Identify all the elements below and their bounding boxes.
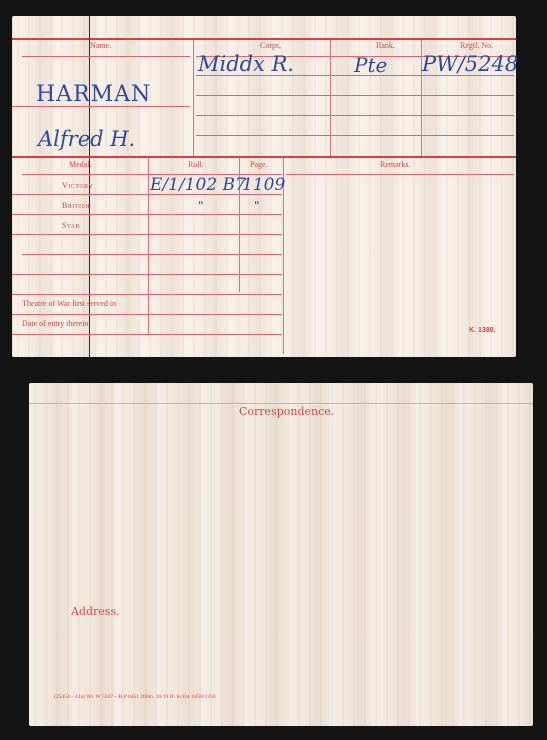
col-divider [330, 40, 331, 156]
header-medal: Medal. [69, 160, 91, 169]
rule [22, 254, 282, 255]
page-victory: 1109 [242, 175, 285, 195]
page-british: " [254, 199, 260, 213]
rule [12, 38, 516, 40]
rule [22, 56, 190, 57]
rule [12, 274, 282, 275]
rule [12, 294, 282, 295]
regtl-no-entry: PW/5248 [422, 52, 518, 76]
header-corps: Corps. [260, 41, 281, 50]
header-page: Page. [250, 160, 268, 169]
col-divider [193, 40, 194, 156]
card-edge [12, 16, 13, 357]
rule [12, 314, 282, 315]
rule [12, 156, 516, 158]
rule [12, 234, 282, 235]
medal-victory: Victory [62, 181, 93, 190]
form-code: K. 1380. [469, 327, 495, 334]
roll-victory: E/1/102 B7 [150, 175, 246, 195]
rule [196, 95, 514, 96]
medal-british: British [62, 201, 90, 210]
printer-line: (25454—14a) Wt. W 5347—H.P 6451 200m. 10… [54, 694, 216, 700]
header-remarks: Remarks. [380, 160, 410, 169]
rule [12, 334, 282, 335]
medal-card-back: Correspondence. Address. (25454—14a) Wt.… [29, 383, 533, 726]
corps-entry: Middx R. [198, 52, 294, 76]
rule [196, 115, 514, 116]
medal-star: Star [62, 221, 80, 230]
col-divider [148, 158, 149, 334]
rule [29, 403, 533, 404]
theatre-label: Theatre of War first served in [22, 299, 116, 308]
rule [196, 135, 514, 136]
date-entry-label: Date of entry therein [22, 319, 88, 328]
header-rank: Rank. [376, 41, 395, 50]
medal-card-front: Name. Corps. Rank. Regtl. No. HARMAN Alf… [12, 16, 516, 357]
rule [286, 174, 514, 175]
rank-entry: Pte [354, 53, 387, 77]
roll-british: " [198, 199, 204, 213]
header-name: Name. [90, 41, 111, 50]
forenames-entry: Alfred H. [38, 127, 135, 151]
rule [12, 214, 282, 215]
address-label: Address. [71, 605, 120, 618]
surname-entry: HARMAN [36, 82, 151, 107]
header-regtl-no: Regtl. No. [460, 41, 493, 50]
header-roll: Roll. [188, 160, 204, 169]
correspondence-title: Correspondence. [239, 405, 334, 418]
